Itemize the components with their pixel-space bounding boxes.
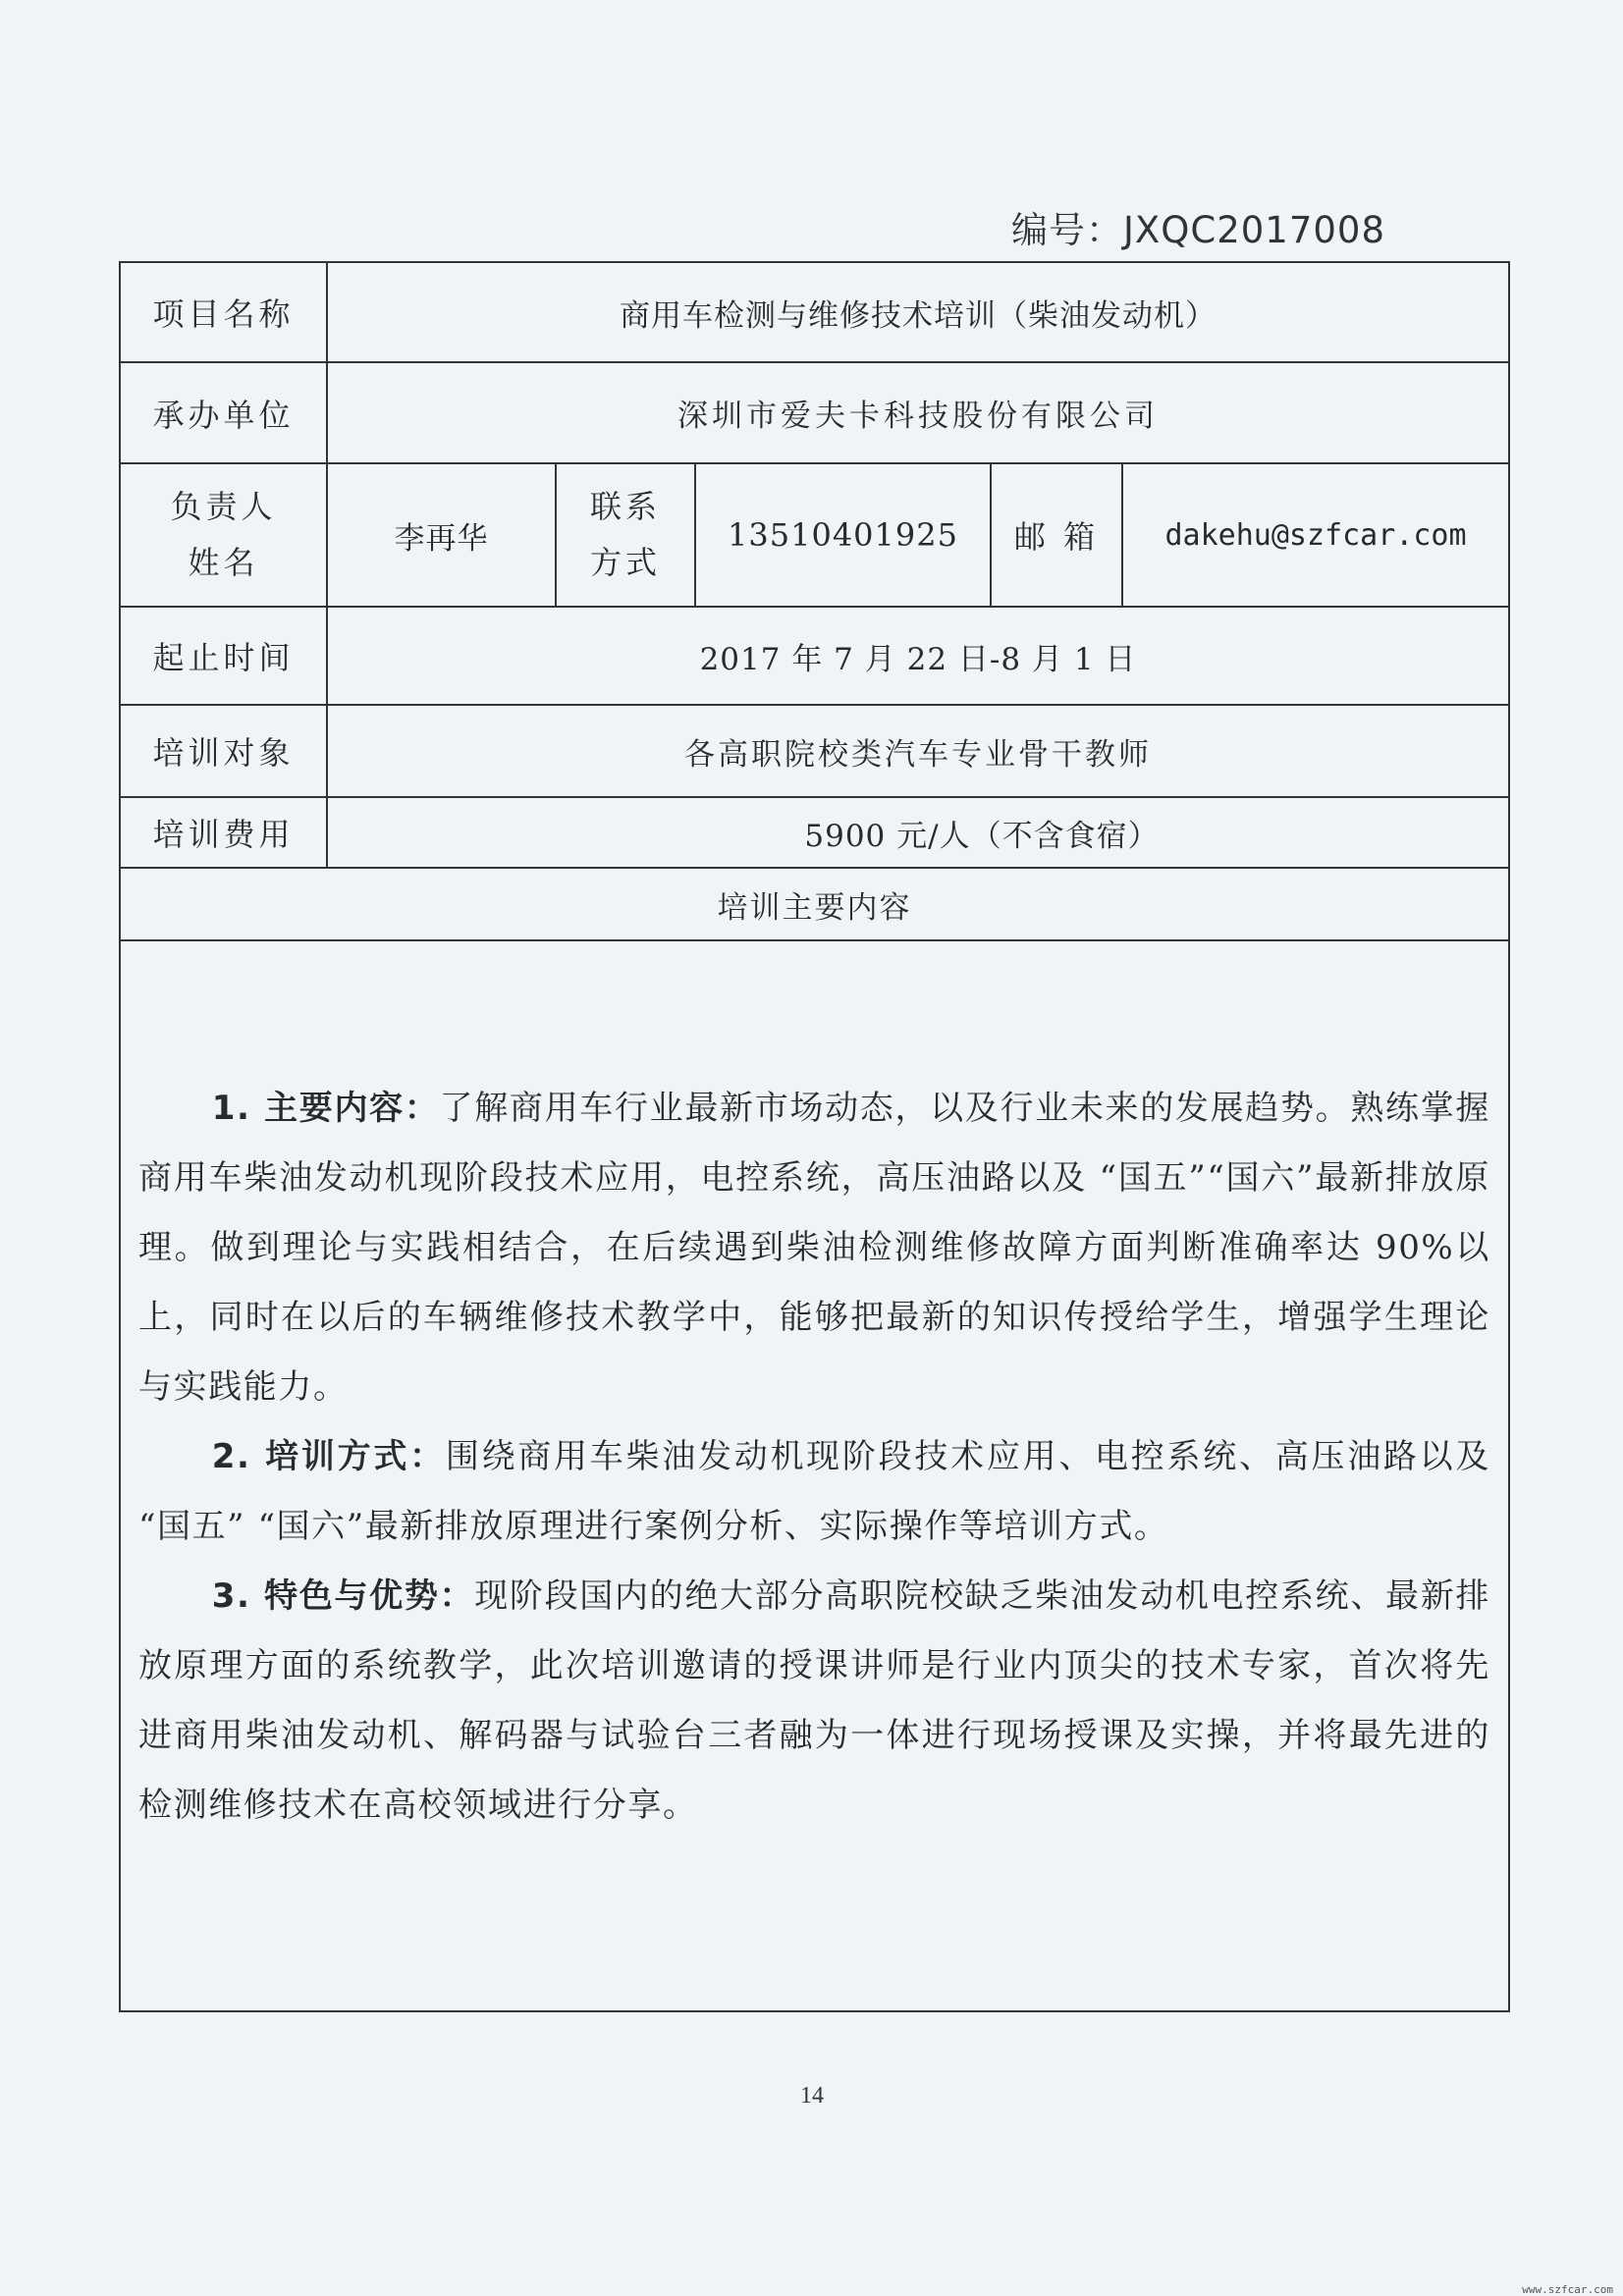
content-header: 培训主要内容 — [121, 869, 1508, 939]
value-audience: 各高职院校类汽车专业骨干教师 — [328, 706, 1508, 796]
label-audience: 培训对象 — [121, 706, 328, 796]
value-period: 2017 年 7 月 22 日-8 月 1 日 — [328, 608, 1508, 704]
label-phone: 联系 方式 — [557, 464, 696, 606]
label-organizer: 承办单位 — [121, 363, 328, 462]
content-body: 1. 主要内容：了解商用车行业最新市场动态，以及行业未来的发展趋势。熟练掌握商用… — [138, 1074, 1490, 1841]
content-paragraph-3: 3. 特色与优势：现阶段国内的绝大部分高职院校缺乏柴油发动机电控系统、最新排放原… — [138, 1562, 1490, 1841]
row-audience: 培训对象 各高职院校类汽车专业骨干教师 — [121, 706, 1508, 798]
value-email: dakehu@szfcar.com — [1123, 464, 1508, 606]
label-phone-line2: 方式 — [590, 546, 661, 580]
value-project-name: 商用车检测与维修技术培训（柴油发动机） — [328, 263, 1508, 361]
document-number: 编号：JXQC2017008 — [1011, 200, 1385, 253]
value-fee: 5900 元/人（不含食宿） — [328, 798, 1508, 867]
content-title-3: 3. 特色与优势： — [212, 1576, 474, 1616]
value-organizer: 深圳市爱夫卡科技股份有限公司 — [328, 363, 1508, 462]
label-project-name: 项目名称 — [121, 263, 328, 361]
label-person-line2: 姓名 — [170, 546, 276, 580]
watermark: www.szfcar.com — [1522, 2283, 1613, 2296]
row-content-header: 培训主要内容 — [121, 869, 1508, 941]
label-period: 起止时间 — [121, 608, 328, 704]
row-project-name: 项目名称 商用车检测与维修技术培训（柴油发动机） — [121, 263, 1508, 363]
content-paragraph-1: 1. 主要内容：了解商用车行业最新市场动态，以及行业未来的发展趋势。熟练掌握商用… — [138, 1074, 1490, 1422]
training-info-table: 项目名称 商用车检测与维修技术培训（柴油发动机） 承办单位 深圳市爱夫卡科技股份… — [119, 261, 1510, 2012]
value-phone: 13510401925 — [696, 464, 992, 606]
label-email: 邮 箱 — [992, 464, 1123, 606]
content-text-1: 了解商用车行业最新市场动态，以及行业未来的发展趋势。熟练掌握商用车柴油发动机现阶… — [138, 1089, 1490, 1407]
content-title-2: 2. 培训方式： — [212, 1437, 446, 1476]
label-person-line1: 负责人 — [170, 490, 276, 524]
row-contact: 负责人 姓名 李再华 联系 方式 13510401925 邮 箱 dakehu@… — [121, 464, 1508, 608]
content-paragraph-2: 2. 培训方式：围绕商用车柴油发动机现阶段技术应用、电控系统、高压油路以及 “国… — [138, 1422, 1490, 1562]
value-person-name: 李再华 — [328, 464, 557, 606]
row-organizer: 承办单位 深圳市爱夫卡科技股份有限公司 — [121, 363, 1508, 464]
row-content-body: 1. 主要内容：了解商用车行业最新市场动态，以及行业未来的发展趋势。熟练掌握商用… — [121, 941, 1508, 2010]
row-fee: 培训费用 5900 元/人（不含食宿） — [121, 798, 1508, 869]
content-title-1: 1. 主要内容： — [212, 1089, 440, 1128]
page-number: 14 — [800, 2083, 824, 2109]
label-person: 负责人 姓名 — [121, 464, 328, 606]
label-phone-line1: 联系 — [590, 490, 661, 524]
row-period: 起止时间 2017 年 7 月 22 日-8 月 1 日 — [121, 608, 1508, 706]
label-fee: 培训费用 — [121, 798, 328, 867]
